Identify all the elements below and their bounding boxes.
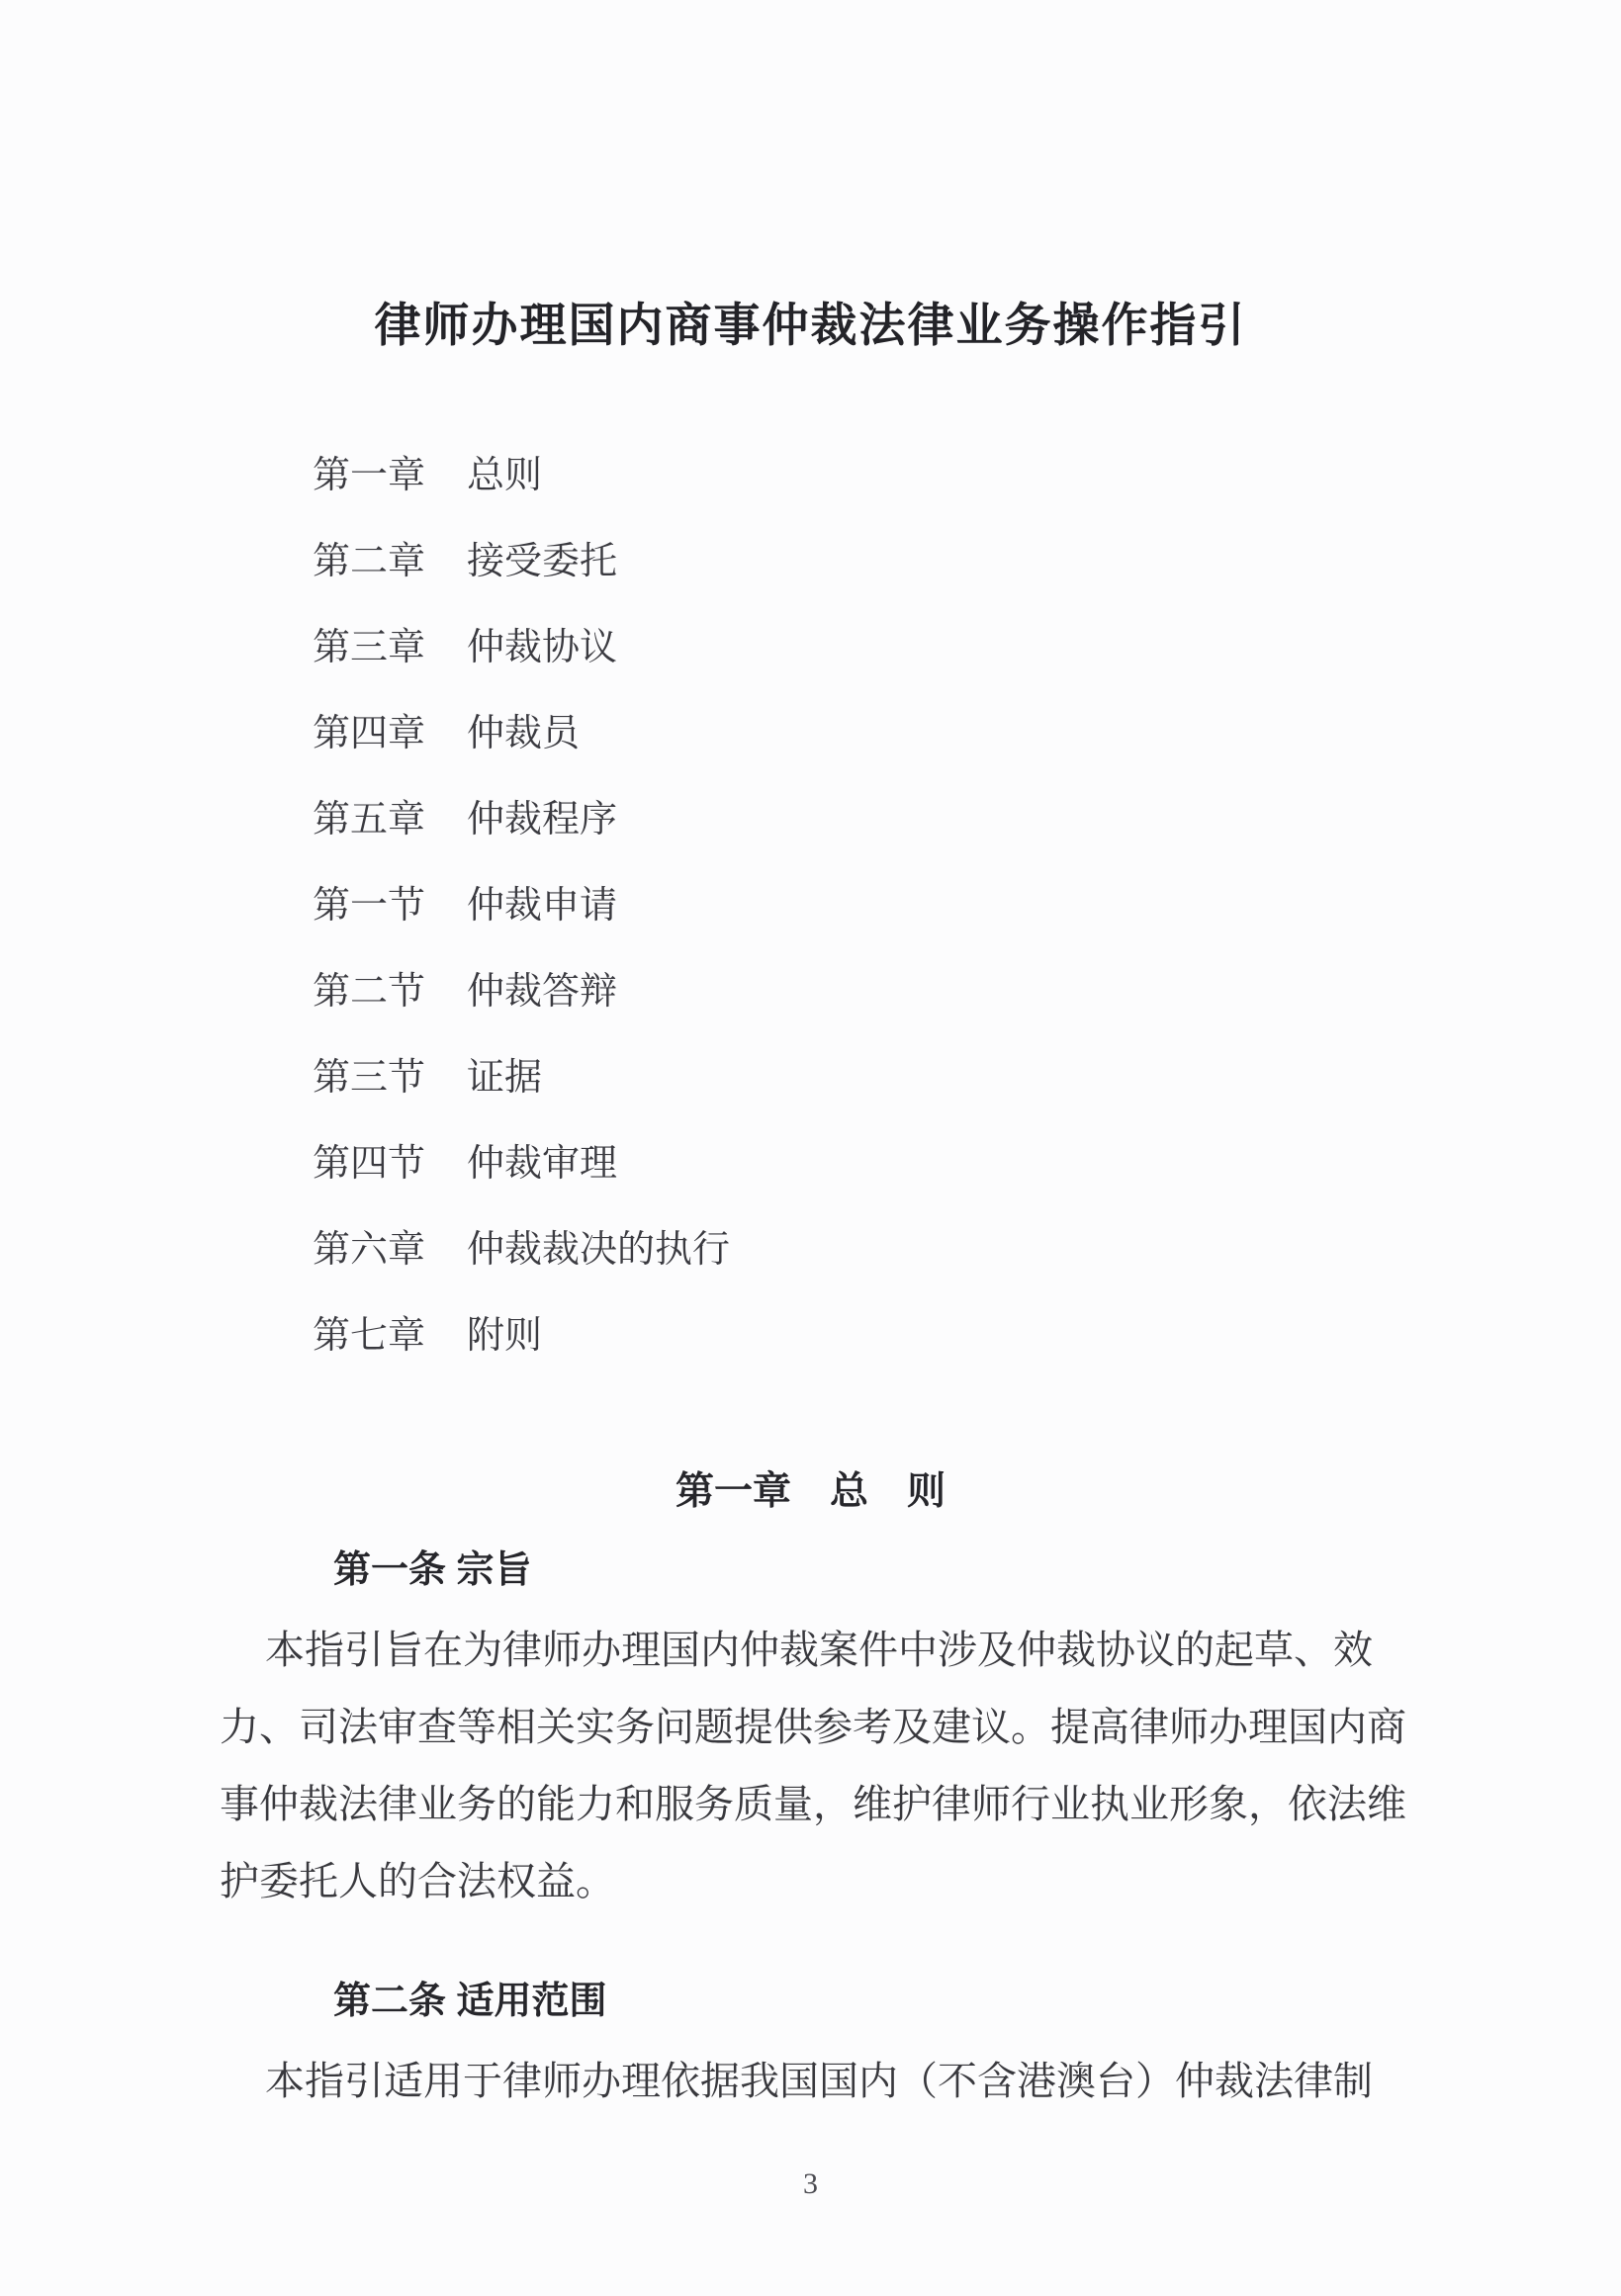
toc-item-title: 仲裁申请 [467, 887, 617, 925]
toc-item-title: 仲裁裁决的执行 [467, 1231, 730, 1269]
toc-item-title: 仲裁员 [467, 715, 580, 752]
article-2-paragraph: 本指引适用于律师办理依据我国国内（不含港澳台）仲裁法律制 [220, 2043, 1461, 2120]
document-page: 律师办理国内商事仲裁法律业务操作指引 第一章 总则 第二章 接受委托 第三章 仲… [0, 0, 1621, 2296]
toc-item: 第二节 仲裁答辩 [313, 973, 730, 1011]
toc-item: 第三节 证据 [313, 1059, 730, 1097]
toc-item-label: 第一节 [313, 887, 425, 925]
toc-item: 第七章 附则 [313, 1317, 730, 1355]
toc-item-title: 总则 [467, 457, 542, 494]
paragraph-line: 护委托人的合法权益。 [220, 1843, 1461, 1920]
paragraph-line: 本指引旨在为律师办理国内仲裁案件中涉及仲裁协议的起草、效 [220, 1612, 1461, 1689]
toc-item-title: 仲裁答辩 [467, 973, 617, 1011]
toc-item: 第一节 仲裁申请 [313, 887, 730, 925]
toc-item-label: 第七章 [313, 1317, 425, 1355]
toc-item-label: 第三章 [313, 629, 425, 666]
toc-item-title: 仲裁程序 [467, 801, 617, 839]
toc-item-label: 第六章 [313, 1231, 425, 1269]
chapter-1-heading: 第一章 总 则 [0, 1460, 1621, 1516]
paragraph-line: 事仲裁法律业务的能力和服务质量，维护律师行业执业形象，依法维 [220, 1766, 1461, 1843]
toc-item-label: 第四章 [313, 715, 425, 752]
toc-item-label: 第四节 [313, 1145, 425, 1183]
toc-item: 第四章 仲裁员 [313, 715, 730, 752]
toc-item-label: 第二节 [313, 973, 425, 1011]
paragraph-line: 力、司法审查等相关实务问题提供参考及建议。提高律师办理国内商 [220, 1689, 1461, 1766]
toc-item: 第二章 接受委托 [313, 543, 730, 580]
toc-item-label: 第三节 [313, 1059, 425, 1097]
article-1-heading: 第一条 宗旨 [333, 1539, 532, 1593]
table-of-contents: 第一章 总则 第二章 接受委托 第三章 仲裁协议 第四章 仲裁员 第五章 仲裁程… [313, 457, 730, 1403]
toc-item-title: 接受委托 [467, 543, 617, 580]
toc-item-label: 第二章 [313, 543, 425, 580]
toc-item-label: 第五章 [313, 801, 425, 839]
article-1-paragraph: 本指引旨在为律师办理国内仲裁案件中涉及仲裁协议的起草、效 力、司法审查等相关实务… [220, 1612, 1461, 1920]
toc-item: 第五章 仲裁程序 [313, 801, 730, 839]
toc-item-label: 第一章 [313, 457, 425, 494]
toc-item-title: 仲裁审理 [467, 1145, 617, 1183]
article-2-heading: 第二条 适用范围 [333, 1970, 607, 2024]
toc-item-title: 附则 [467, 1317, 542, 1355]
toc-item: 第六章 仲裁裁决的执行 [313, 1231, 730, 1269]
toc-item: 第四节 仲裁审理 [313, 1145, 730, 1183]
toc-item-title: 证据 [467, 1059, 542, 1097]
toc-item-title: 仲裁协议 [467, 629, 617, 666]
toc-item: 第一章 总则 [313, 457, 730, 494]
toc-item: 第三章 仲裁协议 [313, 629, 730, 666]
page-number: 3 [0, 2167, 1621, 2201]
page-title: 律师办理国内商事仲裁法律业务操作指引 [0, 289, 1621, 355]
paragraph-line: 本指引适用于律师办理依据我国国内（不含港澳台）仲裁法律制 [220, 2043, 1461, 2120]
